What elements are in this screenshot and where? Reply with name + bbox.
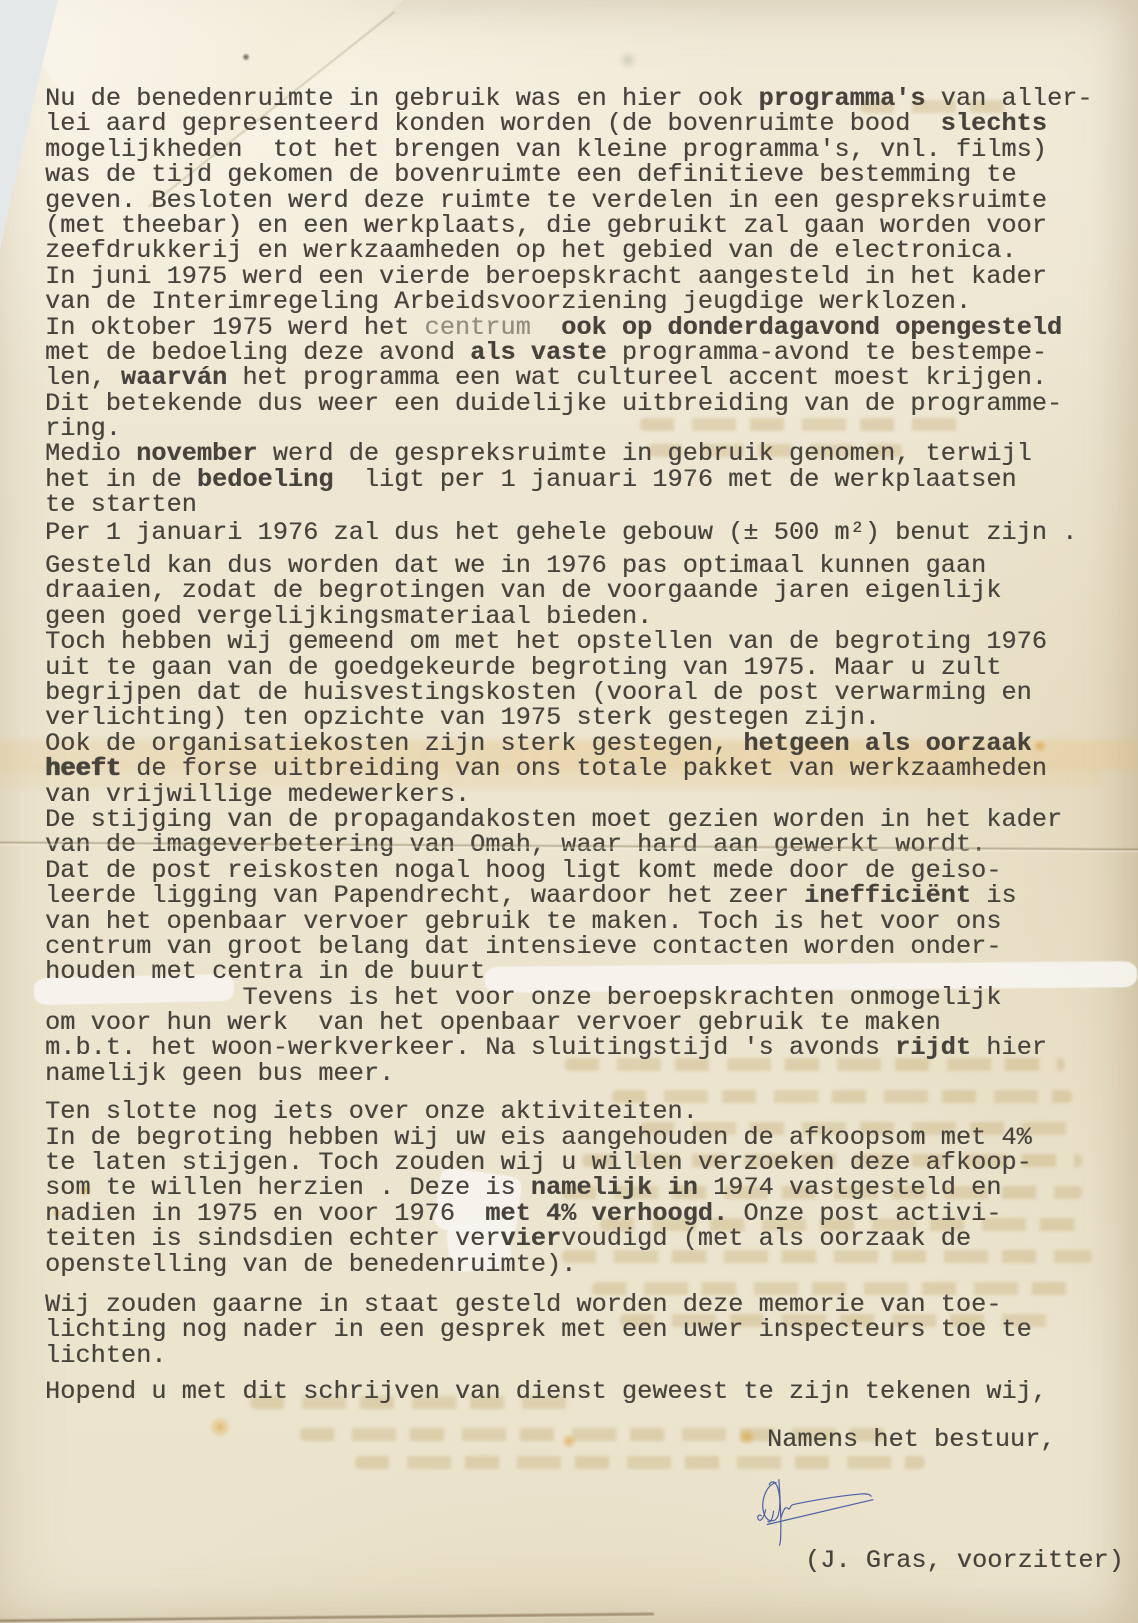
letter-line: Toch hebben wij gemeend om met het opste… — [45, 629, 1115, 654]
scanned-letter-page: { "page": { "kind": "scanned typewritten… — [0, 0, 1138, 1623]
letter-line: Medio november werd de gespreksruimte in… — [45, 441, 1115, 466]
letter-line: lei aard gepresenteerd konden worden (de… — [45, 111, 1115, 136]
letter-line: lichten. — [45, 1343, 1115, 1368]
letter-line: van de Interimregeling Arbeidsvoorzienin… — [45, 289, 1115, 314]
letter-line: leerde ligging van Papendrecht, waardoor… — [45, 883, 1115, 908]
letter-line: van vrijwillige medewerkers. — [45, 782, 1115, 807]
letter-line: houden met centra in de buurt — [45, 959, 1115, 984]
letter-line: ring. — [45, 416, 1115, 441]
letter-line: Per 1 januari 1976 zal dus het gehele ge… — [45, 520, 1115, 545]
letter-line: geven. Besloten werd deze ruimte te verd… — [45, 188, 1115, 213]
bold-strike-text: rijdt — [895, 1033, 971, 1062]
bold-strike-text: waarván — [121, 363, 227, 392]
letter-line: lichting nog nader in een gesprek met ee… — [45, 1317, 1115, 1342]
letter-line: len, waarván het programma een wat cultu… — [45, 365, 1115, 390]
letter-line: te laten stijgen. Toch zouden wij u will… — [45, 1150, 1115, 1175]
paragraph: Wij zouden gaarne in staat gesteld worde… — [45, 1292, 1115, 1368]
letter-line: Ten slotte nog iets over onze aktiviteit… — [45, 1099, 1115, 1124]
letter-line: Ook de organisatiekosten zijn sterk gest… — [45, 731, 1115, 756]
letter-line: Gesteld kan dus worden dat we in 1976 pa… — [45, 553, 1115, 578]
letter-line: Dit betekende dus weer een duidelijke ui… — [45, 391, 1115, 416]
letter-line: nadien in 1975 en voor 1976 met 4% verho… — [45, 1201, 1115, 1226]
letter-line: begrijpen dat de huisvestingskosten (voo… — [45, 680, 1115, 705]
letter-line: De stijging van de propagandakosten moet… — [45, 807, 1115, 832]
letter-line: Tevens is het voor onze beroepskrachten … — [45, 985, 1115, 1010]
letter-line: om voor hun werk van het openbaar vervoe… — [45, 1010, 1115, 1035]
letter-line: In oktober 1975 werd het centrum ook op … — [45, 315, 1115, 340]
paragraph: Ten slotte nog iets over onze aktiviteit… — [45, 1099, 1115, 1277]
paragraph: Per 1 januari 1976 zal dus het gehele ge… — [45, 520, 1115, 545]
signer-name: (J. Gras, voorzitter) — [805, 1548, 1115, 1573]
bold-strike-text: bedoeling — [197, 465, 334, 494]
bold-strike-text: inefficiënt — [804, 881, 971, 910]
letter-line: het in de bedoeling ligt per 1 januari 1… — [45, 467, 1115, 492]
letter-line: van de imageverbetering van Omah, waar h… — [45, 832, 1115, 857]
letter-line: uit te gaan van de goedgekeurde begrotin… — [45, 655, 1115, 680]
letter-line: namelijk geen bus meer. — [45, 1061, 1115, 1086]
letter-line: draaien, zodat de begrotingen van de voo… — [45, 578, 1115, 603]
letter-line: geen goed vergelijkingsmateriaal bieden. — [45, 604, 1115, 629]
letter-line: In juni 1975 werd een vierde beroepskrac… — [45, 264, 1115, 289]
paragraph: Hopend u met dit schrijven van dienst ge… — [45, 1379, 1115, 1404]
letter-line: centrum van groot belang dat intensieve … — [45, 934, 1115, 959]
letter-line: som te willen herzien . Deze is namelijk… — [45, 1175, 1115, 1200]
letter-line: In de begroting hebben wij uw eis aangeh… — [45, 1125, 1115, 1150]
letter-line: Nu de benedenruimte in gebruik was en hi… — [45, 86, 1115, 111]
letter-line: m.b.t. het woon-werkverkeer. Na sluiting… — [45, 1035, 1115, 1060]
letter-line: teiten is sindsdien echter verviervoudig… — [45, 1226, 1115, 1251]
letter-line: met de bedoeling deze avond als vaste pr… — [45, 340, 1115, 365]
letter-line: mogelijkheden tot het brengen van kleine… — [45, 137, 1115, 162]
letter-line: Dat de post reiskosten nogal hoog ligt k… — [45, 858, 1115, 883]
paragraph: Gesteld kan dus worden dat we in 1976 pa… — [45, 553, 1115, 1086]
bold-strike-text: vier — [500, 1224, 561, 1253]
letter-line: openstelling van de benedenruimte). — [45, 1252, 1115, 1277]
letter-line: zeefdrukkerij en werkzaamheden op het ge… — [45, 238, 1115, 263]
letter-line: heeft de forse uitbreiding van ons total… — [45, 756, 1115, 781]
closing-salutation: Namens het bestuur, — [767, 1427, 1115, 1452]
letter-line: was de tijd gekomen de bovenruimte een d… — [45, 162, 1115, 187]
letter-line: Hopend u met dit schrijven van dienst ge… — [45, 1379, 1115, 1404]
letter-line: van het openbaar vervoer gebruik te make… — [45, 909, 1115, 934]
letter-line: Wij zouden gaarne in staat gesteld worde… — [45, 1292, 1115, 1317]
letter-line: verlichting) ten opzichte van 1975 sterk… — [45, 705, 1115, 730]
letter-line: (met theebar) en een werkplaats, die geb… — [45, 213, 1115, 238]
paragraph: Nu de benedenruimte in gebruik was en hi… — [45, 86, 1115, 518]
letter-line: te starten — [45, 492, 1115, 517]
letter-body: Nu de benedenruimte in gebruik was en hi… — [45, 86, 1115, 1573]
double-strike-text: heeft — [45, 754, 121, 783]
faded-text: centrum — [425, 313, 531, 342]
